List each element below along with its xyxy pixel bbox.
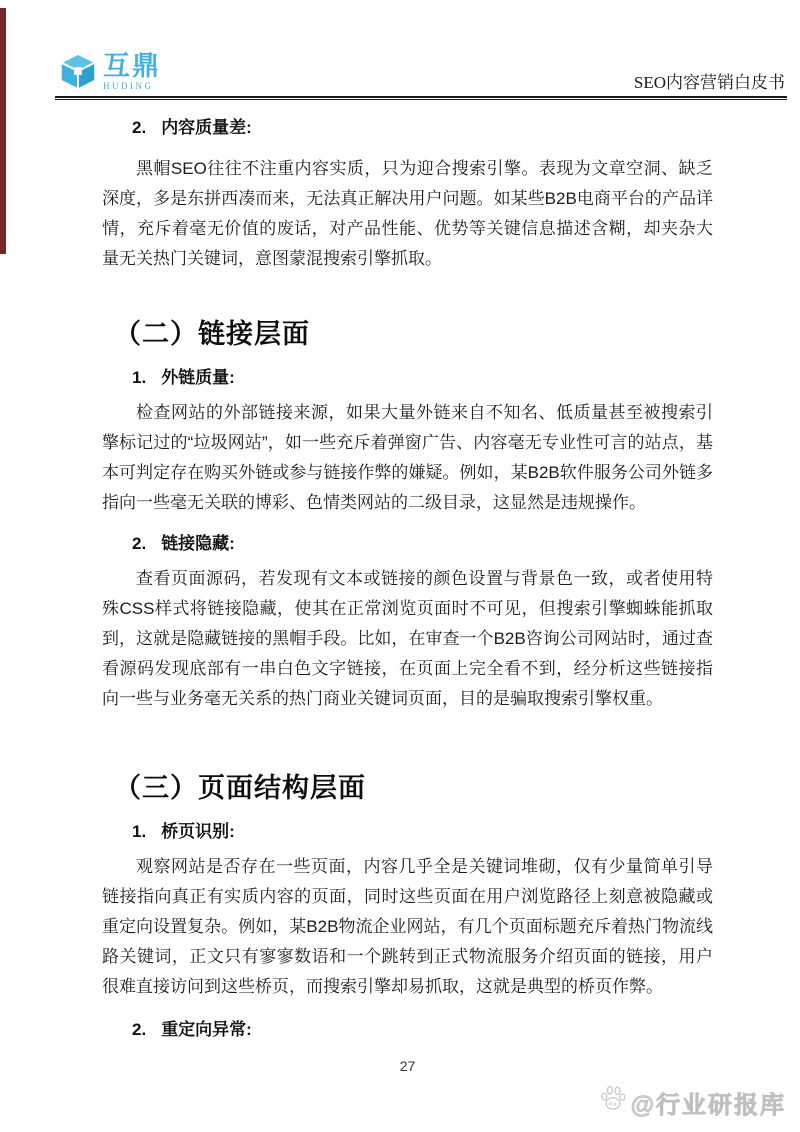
logo-subtext: HUDING — [103, 82, 161, 91]
heading-number: 1. — [132, 820, 146, 844]
numbered-heading: 1. 桥页识别: — [102, 820, 713, 844]
heading-text: 重定向异常: — [161, 1018, 252, 1042]
page-header: 互鼎 HUDING SEO内容营销白皮书 — [0, 0, 800, 96]
numbered-heading: 1. 外链质量: — [102, 366, 713, 390]
paragraph: 黑帽SEO往往不注重内容实质，只为迎合搜索引擎。表现为文章空洞、缺乏深度，多是东… — [102, 154, 713, 274]
paragraph: 查看页面源码，若发现有文本或链接的颜色设置与背景色一致，或者使用特殊CSS样式将… — [102, 564, 713, 714]
paragraph: 观察网站是否存在一些页面，内容几乎全是关键词堆砌，仅有少量简单引导链接指向真正有… — [102, 852, 713, 1002]
page-number: 27 — [102, 1058, 713, 1074]
cube-logo-icon — [55, 50, 101, 96]
numbered-heading: 2. 链接隐藏: — [102, 532, 713, 556]
numbered-heading: 2. 内容质量差: — [102, 116, 713, 140]
heading-number: 1. — [132, 366, 146, 390]
huding-logo: 互鼎 HUDING — [55, 50, 161, 96]
logo-text: 互鼎 — [103, 53, 161, 80]
heading-number: 2. — [132, 1018, 146, 1042]
heading-number: 2. — [132, 116, 146, 140]
heading-text: 桥页识别: — [161, 820, 235, 844]
baidu-paw-icon: du — [598, 1084, 628, 1121]
section-heading: （三）页面结构层面 — [102, 770, 713, 806]
heading-text: 链接隐藏: — [161, 532, 235, 556]
paragraph: 检查网站的外部链接来源，如果大量外链来自不知名、低质量甚至被搜索引擎标记过的“垃… — [102, 398, 713, 518]
document-body: 2. 内容质量差: 黑帽SEO往往不注重内容实质，只为迎合搜索引擎。表现为文章空… — [102, 116, 713, 1074]
heading-text: 外链质量: — [161, 366, 235, 390]
svg-text:du: du — [608, 1101, 617, 1107]
section-heading: （二）链接层面 — [102, 316, 713, 352]
watermark-text: @行业研报库 — [631, 1085, 786, 1120]
header-rule — [55, 96, 787, 100]
heading-number: 2. — [132, 532, 146, 556]
left-edge-stripe — [0, 8, 6, 254]
watermark: du @行业研报库 — [598, 1084, 786, 1121]
document-title: SEO内容营销白皮书 — [634, 68, 785, 96]
numbered-heading: 2. 重定向异常: — [102, 1018, 713, 1042]
heading-text: 内容质量差: — [161, 116, 252, 140]
